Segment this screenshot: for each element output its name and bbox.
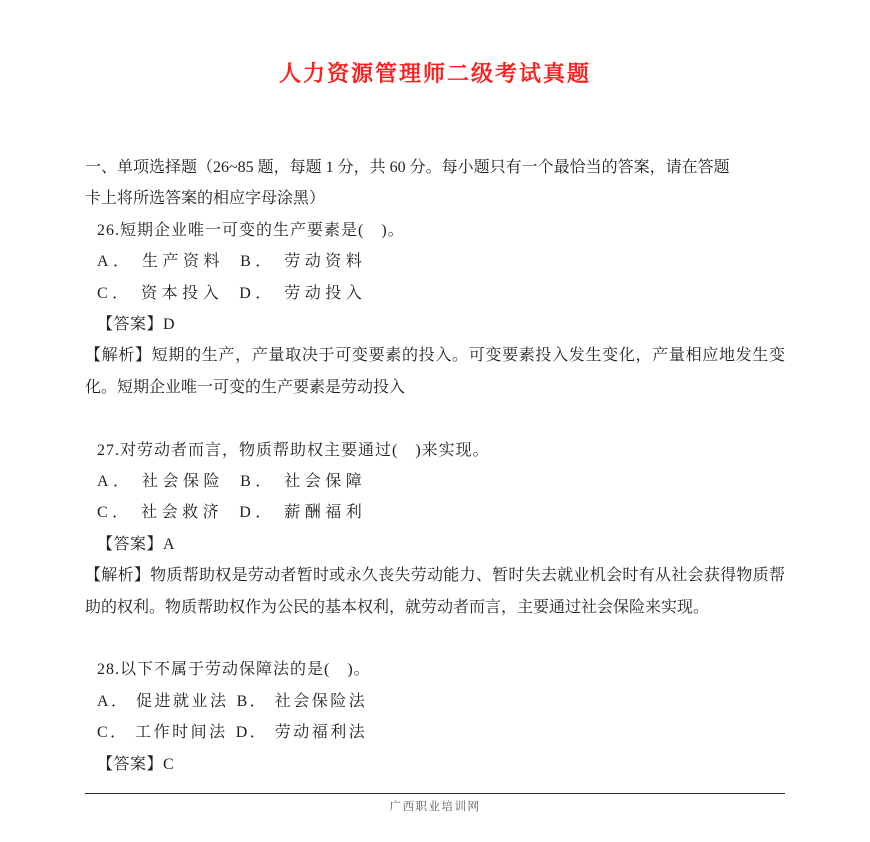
question-27: 27.对劳动者而言，物质帮助权主要通过( )来实现。 A． 社会保险B． 社会保… (85, 435, 785, 623)
document-page: 人力资源管理师二级考试真题 一、单项选择题（26~85 题，每题 1 分，共 6… (0, 0, 870, 842)
question-28-options-row2: C． 工作时间法D． 劳动福利法 (85, 717, 785, 748)
question-26: 26.短期企业唯一可变的生产要素是( )。 A． 生产资料B． 劳动资料 C． … (85, 215, 785, 403)
question-26-options-row1: A． 生产资料B． 劳动资料 (85, 246, 785, 277)
exam-instructions-line2: 卡上将所选答案的相应字母涂黑） (85, 183, 785, 214)
question-28-option-d: D． 劳动福利法 (236, 724, 368, 741)
question-27-analysis: 【解析】物质帮助权是劳动者暂时或永久丧失劳动能力、暂时失去就业机会时有从社会获得… (85, 560, 785, 623)
question-26-stem: 26.短期企业唯一可变的生产要素是( )。 (85, 215, 785, 246)
question-27-option-c: C． 社会救济 (97, 504, 223, 521)
document-body: 一、单项选择题（26~85 题，每题 1 分，共 60 分。每小题只有一个最恰当… (85, 152, 785, 780)
question-26-option-a: A． 生产资料 (97, 253, 224, 270)
question-28-stem: 28.以下不属于劳动保障法的是( )。 (85, 654, 785, 685)
question-27-stem: 27.对劳动者而言，物质帮助权主要通过( )来实现。 (85, 435, 785, 466)
question-28-option-b: B． 社会保险法 (237, 693, 368, 710)
question-26-option-c: C． 资本投入 (97, 285, 223, 302)
question-26-answer: 【答案】D (85, 309, 785, 340)
footer-site-name: 广西职业培训网 (85, 798, 785, 814)
question-28-options-row1: A． 促进就业法B． 社会保险法 (85, 686, 785, 717)
page-title: 人力资源管理师二级考试真题 (0, 57, 870, 88)
question-26-option-d: D． 劳动投入 (239, 285, 366, 302)
question-27-option-a: A． 社会保险 (97, 473, 224, 490)
question-26-option-b: B． 劳动资料 (240, 253, 366, 270)
question-27-options-row1: A． 社会保险B． 社会保障 (85, 466, 785, 497)
question-28-answer: 【答案】C (85, 749, 785, 780)
exam-instructions: 一、单项选择题（26~85 题，每题 1 分，共 60 分。每小题只有一个最恰当… (85, 152, 785, 215)
question-27-answer: 【答案】A (85, 529, 785, 560)
question-28: 28.以下不属于劳动保障法的是( )。 A． 促进就业法B． 社会保险法 C． … (85, 654, 785, 780)
footer-divider (85, 793, 785, 794)
question-28-option-c: C． 工作时间法 (97, 724, 228, 741)
question-28-option-a: A． 促进就业法 (97, 693, 229, 710)
question-26-options-row2: C． 资本投入D． 劳动投入 (85, 278, 785, 309)
question-27-option-b: B． 社会保障 (240, 473, 366, 490)
question-26-analysis: 【解析】短期的生产，产量取决于可变要素的投入。可变要素投入发生变化，产量相应地发… (85, 340, 785, 403)
question-27-option-d: D． 薪酬福利 (239, 504, 366, 521)
exam-instructions-line1: 一、单项选择题（26~85 题，每题 1 分，共 60 分。每小题只有一个最恰当… (85, 152, 785, 183)
question-27-options-row2: C． 社会救济D． 薪酬福利 (85, 497, 785, 528)
